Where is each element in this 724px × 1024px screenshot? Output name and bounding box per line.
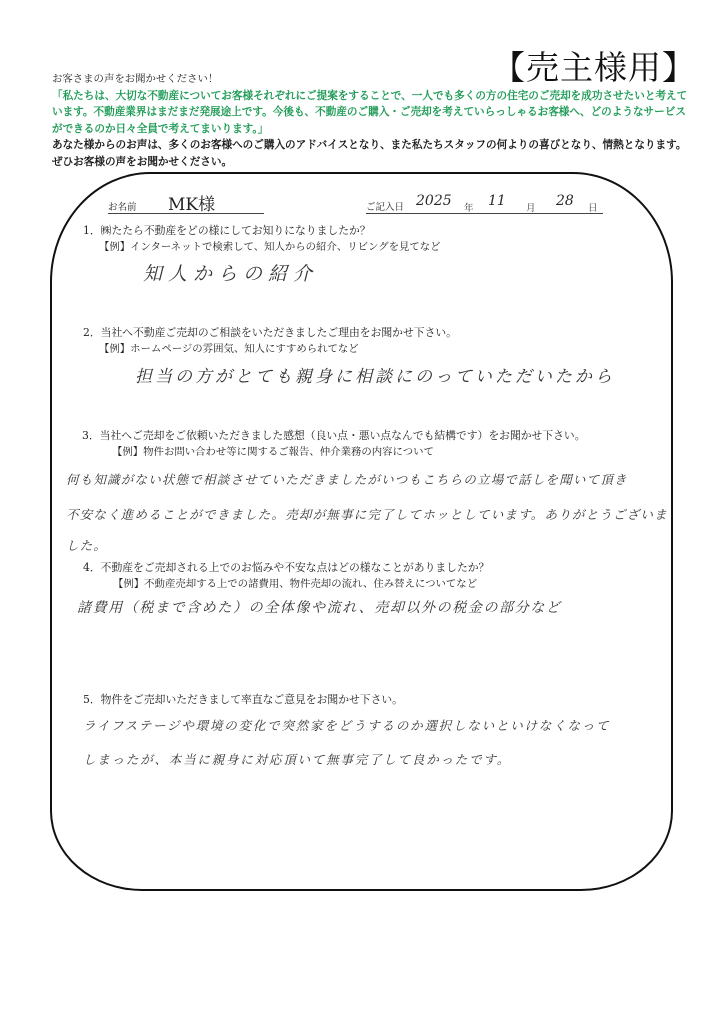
day-unit: 日 bbox=[588, 200, 598, 214]
question-1-answer[interactable]: 知人からの紹介 bbox=[83, 259, 673, 286]
question-3-title: 3．当社へご売却をご依頼いただきました感想（良い点・悪い点なんでも結構です）をお… bbox=[82, 428, 672, 444]
intro-section: お客さまの声をお聞かせください！ 「私たちは、大切な不動産についてお客様それぞれ… bbox=[52, 71, 692, 170]
question-2: 2．当社へ不動産ご売却のご相談をいただきましたご理由をお聞かせ下さい。 【例】ホ… bbox=[83, 325, 673, 387]
month-unit: 月 bbox=[526, 200, 536, 214]
date-field[interactable]: ご記入日 2025 年 11 月 28 日 bbox=[366, 190, 603, 214]
question-5-answer-line-2[interactable]: しまったが、本当に親身に対応頂いて無事完了して良かったです。 bbox=[83, 744, 673, 776]
name-date-row: お名前 MK様 ご記入日 2025 年 11 月 28 日 bbox=[108, 190, 558, 212]
name-field[interactable]: お名前 MK様 bbox=[108, 190, 264, 214]
question-4-answer[interactable]: 諸費用（税まで含めた）の全体像や流れ、売却以外の税金の部分など bbox=[77, 597, 673, 617]
question-5: 5．物件をご売却いただきまして率直なご意見をお聞かせ下さい。 ライフステージや環… bbox=[83, 692, 673, 776]
question-5-answer-line-1[interactable]: ライフステージや環境の変化で突然家をどうするのか選択しないといけなくなって bbox=[83, 710, 673, 742]
question-4-title: 4．不動産をご売却される上でのお悩みや不安な点はどの様なことがありましたか？ bbox=[83, 560, 673, 576]
question-1-example: 【例】インターネットで検索して、知人からの紹介、リビングを見てなど bbox=[83, 239, 673, 255]
question-3-answer-line-1[interactable]: 何も知識がない状態で相談させていただきましたがいつもこちらの立場で話しを聞いて頂… bbox=[66, 464, 672, 495]
date-month: 11 bbox=[488, 193, 506, 209]
intro-request-message: あなた様からのお声は、多くのお客様へのご購入のアドバイスとなり、また私たちスタッ… bbox=[52, 137, 692, 170]
question-4: 4．不動産をご売却される上でのお悩みや不安な点はどの様なことがありましたか？ 【… bbox=[83, 560, 673, 617]
question-2-answer[interactable]: 担当の方がとても親身に相談にのっていただいたから bbox=[83, 362, 673, 387]
question-1: 1．㈱たたら不動産をどの様にしてお知りになりましたか？ 【例】インターネットで検… bbox=[83, 223, 673, 286]
question-5-title: 5．物件をご売却いただきまして率直なご意見をお聞かせ下さい。 bbox=[83, 692, 673, 708]
intro-lead: お客さまの声をお聞かせください！ bbox=[52, 71, 692, 88]
question-2-example: 【例】ホームページの雰囲気、知人にすすめられてなど bbox=[83, 341, 673, 357]
question-3: 3．当社へご売却をご依頼いただきました感想（良い点・悪い点なんでも結構です）をお… bbox=[82, 428, 672, 561]
question-4-example: 【例】不動産売却する上での諸費用、物件売却の流れ、住み替えについてなど bbox=[83, 576, 673, 592]
question-3-example: 【例】物件お問い合わせ等に関するご報告、仲介業務の内容について bbox=[82, 444, 672, 460]
question-2-title: 2．当社へ不動産ご売却のご相談をいただきましたご理由をお聞かせ下さい。 bbox=[83, 325, 673, 341]
question-1-title: 1．㈱たたら不動産をどの様にしてお知りになりましたか？ bbox=[83, 223, 673, 239]
question-3-answer-line-2[interactable]: 不安なく進めることができました。売却が無事に完了してホッとしています。ありがとう… bbox=[66, 499, 672, 561]
intro-green-message: 「私たちは、大切な不動産についてお客様それぞれにご提案をすることで、一人でも多く… bbox=[52, 88, 692, 138]
date-day: 28 bbox=[556, 193, 574, 209]
date-label: ご記入日 bbox=[366, 199, 404, 213]
name-label: お名前 bbox=[108, 199, 137, 213]
name-value: MK様 bbox=[168, 190, 215, 215]
date-year: 2025 bbox=[416, 193, 452, 209]
year-unit: 年 bbox=[464, 200, 474, 214]
